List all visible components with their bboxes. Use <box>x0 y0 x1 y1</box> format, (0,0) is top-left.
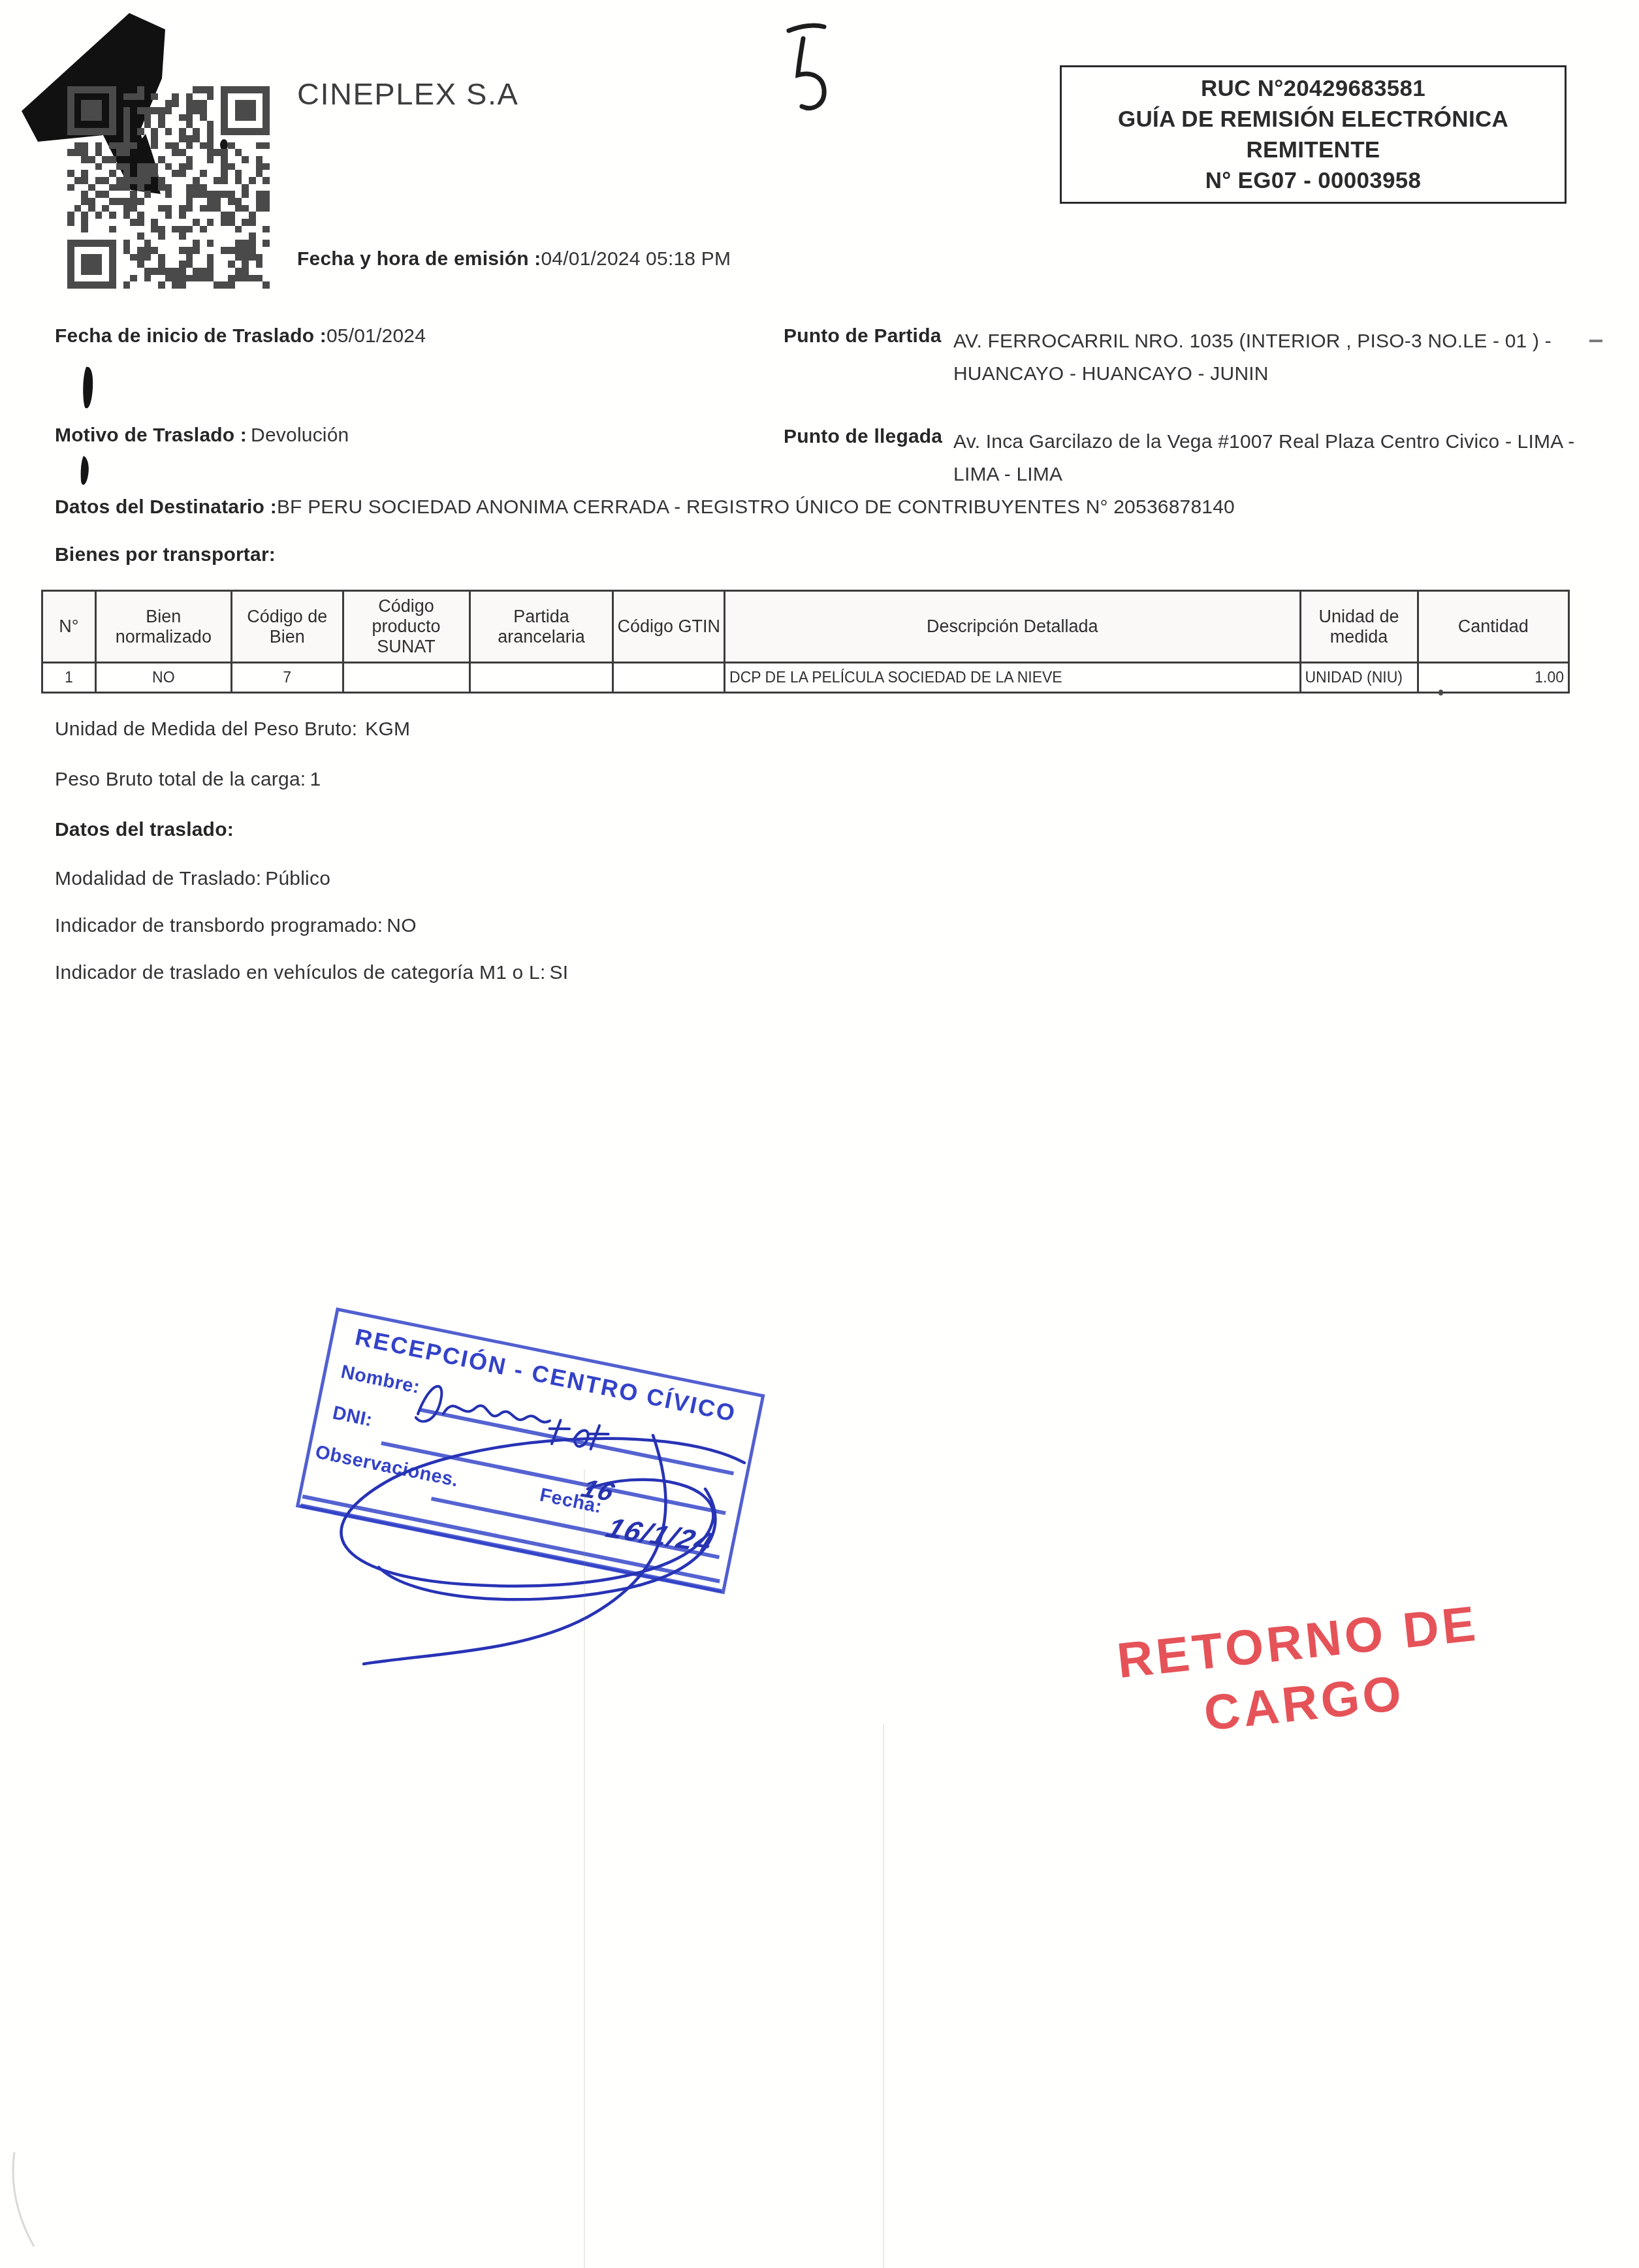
transshipment-label: Indicador de transbordo programado: <box>55 915 383 936</box>
reason-line: Motivo de Traslado :Devolución <box>55 424 349 447</box>
start-date-line: Fecha de inicio de Traslado :05/01/2024 <box>55 325 426 347</box>
modality-value: Público <box>265 868 330 889</box>
cell-description: DCP DE LA PELÍCULA SOCIEDAD DE LA NIEVE <box>725 663 1300 693</box>
document-type: GUÍA DE REMISIÓN ELECTRÓNICA <box>1062 104 1565 135</box>
category-line: Indicador de traslado en vehículos de ca… <box>55 962 568 984</box>
ink-stroke <box>76 453 95 492</box>
table-header-cell: Partida arancelaria <box>469 591 613 663</box>
transshipment-line: Indicador de transbordo programado:NO <box>55 915 417 937</box>
goods-table-header-row: N° Bien normalizado Código de Bien Códig… <box>42 591 1569 663</box>
emission-date-value: 04/01/2024 05:18 PM <box>541 248 731 270</box>
cell-sunat <box>343 663 469 693</box>
modality-line: Modalidad de Traslado:Público <box>55 868 330 890</box>
cell-unit: UNIDAD (NIU) <box>1300 663 1418 693</box>
fold-line <box>584 1469 585 2268</box>
table-header-cell: Código de Bien <box>231 591 343 663</box>
start-date-label: Fecha de inicio de Traslado : <box>55 325 326 347</box>
cell-qty: 1.00 <box>1418 663 1568 693</box>
category-label: Indicador de traslado en vehículos de ca… <box>55 962 545 983</box>
ruc-number: RUC N°20429683581 <box>1062 73 1565 104</box>
goods-table-row: 1 NO 7 DCP DE LA PELÍCULA SOCIEDAD DE LA… <box>42 663 1569 693</box>
origin-address: AV. FERROCARRIL NRO. 1035 (INTERIOR , PI… <box>953 325 1580 391</box>
goods-heading: Bienes por transportar: <box>55 544 276 566</box>
table-header-cell: Cantidad <box>1418 591 1568 663</box>
qr-code <box>67 86 270 289</box>
gross-unit-value: KGM <box>365 718 410 740</box>
emission-date-label: Fecha y hora de emisión : <box>297 248 541 270</box>
gross-total-line: Peso Bruto total de la carga:1 <box>55 769 321 791</box>
origin-address-line1: AV. FERROCARRIL NRO. 1035 (INTERIOR , PI… <box>953 325 1580 358</box>
emission-date-line: Fecha y hora de emisión :04/01/2024 05:1… <box>297 248 731 270</box>
destination-address-line1: Av. Inca Garcilazo de la Vega #1007 Real… <box>953 426 1580 458</box>
goods-table: N° Bien normalizado Código de Bien Códig… <box>41 590 1570 694</box>
origin-label: Punto de Partida <box>784 325 942 347</box>
gross-total-value: 1 <box>310 769 321 790</box>
document-number: N° EG07 - 00003958 <box>1062 165 1565 196</box>
table-header-cell: Código GTIN <box>613 591 725 663</box>
modality-label: Modalidad de Traslado: <box>55 868 261 889</box>
scanned-remission-guide: CINEPLEX S.A RUC N°20429683581 GUÍA DE R… <box>0 0 1639 2268</box>
cell-normalized: NO <box>95 663 231 693</box>
transport-section-heading: Datos del traslado: <box>55 819 234 841</box>
cell-num: 1 <box>42 663 96 693</box>
transshipment-value: NO <box>387 915 416 936</box>
gross-unit-line: Unidad de Medida del Peso Bruto:KGM <box>55 718 410 741</box>
handwritten-number-mark <box>777 16 849 114</box>
reason-label: Motivo de Traslado : <box>55 424 247 446</box>
corner-pencil-mark <box>5 2148 51 2260</box>
table-header-cell: Descripción Detallada <box>725 591 1300 663</box>
origin-address-line2: HUANCAYO - HUANCAYO - JUNIN <box>953 358 1580 391</box>
destination-address-line2: LIMA - LIMA <box>953 458 1580 491</box>
scan-dash <box>1589 340 1602 342</box>
destination-address: Av. Inca Garcilazo de la Vega #1007 Real… <box>953 426 1580 491</box>
signature-loop-scrawl <box>248 1358 823 1724</box>
cell-code: 7 <box>231 663 343 693</box>
return-stamp: RETORNO DE CARGO <box>1082 1589 1520 1756</box>
document-role: REMITENTE <box>1062 135 1565 165</box>
ruc-header-box: RUC N°20429683581 GUÍA DE REMISIÓN ELECT… <box>1060 65 1567 204</box>
destination-label: Punto de llegada <box>784 426 942 448</box>
cell-tariff <box>469 663 613 693</box>
reason-value: Devolución <box>251 424 349 446</box>
start-date-value: 05/01/2024 <box>326 325 426 347</box>
consignee-value: BF PERU SOCIEDAD ANONIMA CERRADA - REGIS… <box>277 496 1235 518</box>
company-name: CINEPLEX S.A <box>297 76 518 112</box>
table-header-cell: Bien normalizado <box>95 591 231 663</box>
table-header-cell: Unidad de medida <box>1300 591 1418 663</box>
table-header-cell: Código producto SUNAT <box>343 591 469 663</box>
scan-speck <box>1439 690 1443 695</box>
fold-line <box>883 1724 884 2268</box>
consignee-line: Datos del Destinatario :BF PERU SOCIEDAD… <box>55 496 1235 519</box>
gross-unit-label: Unidad de Medida del Peso Bruto: <box>55 718 357 740</box>
ink-stroke <box>77 363 99 415</box>
consignee-label: Datos del Destinatario : <box>55 496 277 518</box>
cell-gtin <box>613 663 725 693</box>
gross-total-label: Peso Bruto total de la carga: <box>55 769 306 790</box>
category-value: SI <box>549 962 568 983</box>
table-header-cell: N° <box>42 591 96 663</box>
